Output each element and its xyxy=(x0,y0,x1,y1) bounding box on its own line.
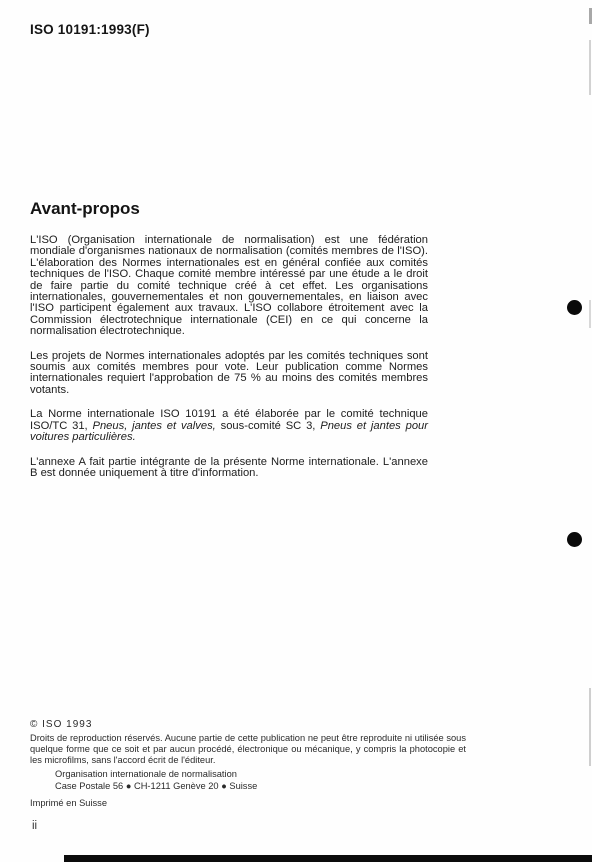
foreword-section: Avant-propos L'ISO (Organisation interna… xyxy=(30,199,428,492)
foreword-paragraph-1: L'ISO (Organisation internationale de no… xyxy=(30,235,428,338)
scan-artifact-bottom-bar xyxy=(64,855,592,862)
rights-notice: Droits de reproduction réservés. Aucune … xyxy=(30,733,466,766)
foreword-title: Avant-propos xyxy=(30,199,428,219)
copyright-line: © ISO 1993 xyxy=(30,719,470,730)
foreword-paragraph-2: Les projets de Normes internationales ad… xyxy=(30,351,428,397)
imprint-block: © ISO 1993 Droits de reproduction réserv… xyxy=(30,719,470,808)
publisher-address: Case Postale 56 ● CH-1211 Genève 20 ● Su… xyxy=(55,781,470,793)
printed-in-note: Imprimé en Suisse xyxy=(30,798,470,808)
scan-artifact-edge-mark xyxy=(589,40,591,95)
publisher-block: Organisation internationale de normalisa… xyxy=(55,769,470,792)
document-page: ISO 10191:1993(F) Avant-propos L'ISO (Or… xyxy=(0,0,592,862)
paragraph-3-text: sous-comité SC 3, xyxy=(216,420,320,432)
document-reference-header: ISO 10191:1993(F) xyxy=(30,22,150,37)
registration-dot-bottom xyxy=(567,532,582,547)
foreword-paragraph-3: La Norme internationale ISO 10191 a été … xyxy=(30,409,428,443)
registration-dot-top xyxy=(567,300,582,315)
page-number: ii xyxy=(32,820,37,832)
scan-artifact-edge-mark xyxy=(589,300,591,328)
scan-artifact-edge-mark xyxy=(589,688,591,766)
publisher-name: Organisation internationale de normalisa… xyxy=(55,769,470,781)
committee-title-italic: Pneus, jantes et valves, xyxy=(92,420,215,432)
foreword-paragraph-4: L'annexe A fait partie intégrante de la … xyxy=(30,457,428,480)
